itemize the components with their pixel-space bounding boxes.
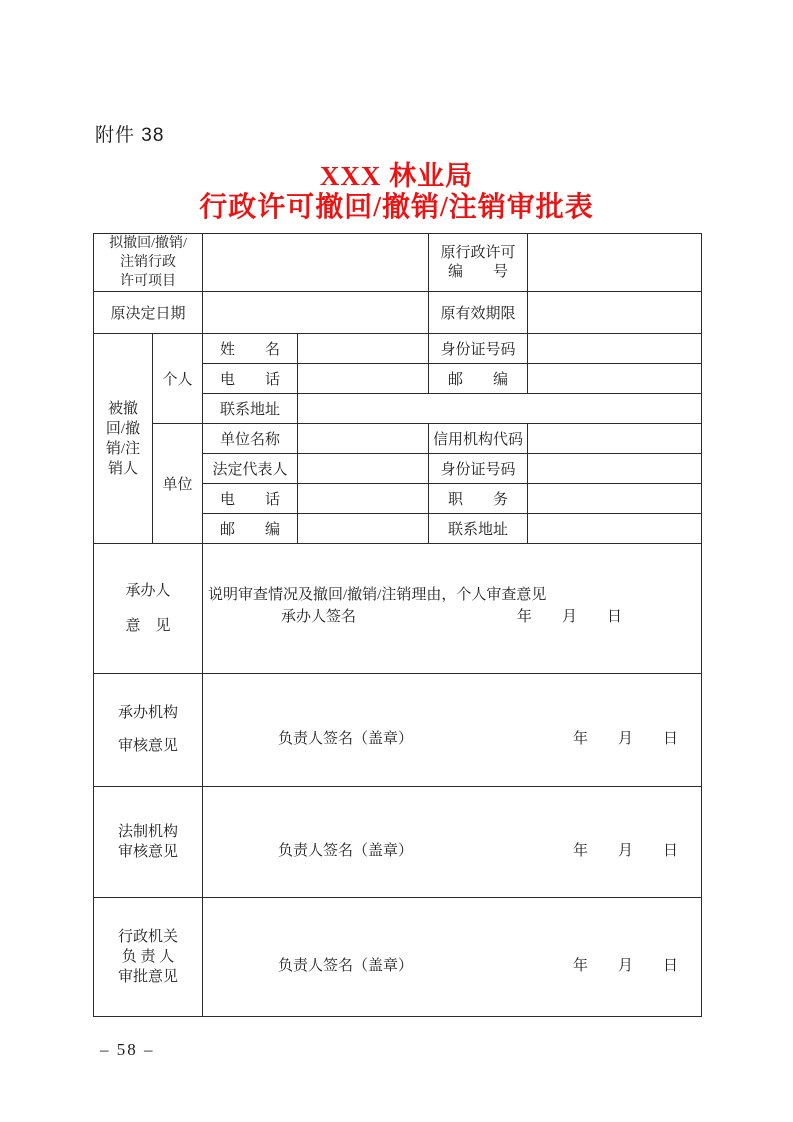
value-original-license-no — [528, 234, 702, 292]
page-number: – 58 – — [100, 1040, 155, 1060]
label-person-postcode: 邮 编 — [429, 364, 528, 394]
label-party-group: 被撤 回/撤 销/注 销人 — [94, 334, 153, 544]
row-decision-date: 原决定日期 原有效期限 — [94, 292, 702, 334]
approval-form-table: 拟撤回/撤销/ 注销行政 许可项目 原行政许可 编 号 原决定日期 原有效期限 … — [93, 233, 702, 1017]
value-person-address — [298, 394, 702, 424]
label-legal-review: 法制机构 审核意见 — [94, 787, 203, 898]
attachment-number: 附件 38 — [95, 120, 164, 147]
label-agency-review: 承办机构 审核意见 — [94, 674, 203, 787]
label-unit-group: 单位 — [153, 424, 203, 544]
value-original-validity — [528, 292, 702, 334]
row-handler-opinion: 承办人 意 见 说明审查情况及撤回/撤销/注销理由，个人审查意见 承办人签名 年… — [94, 544, 702, 674]
value-unit-name — [298, 424, 429, 454]
label-unit-position: 职 务 — [429, 484, 528, 514]
label-unit-postcode: 邮 编 — [203, 514, 298, 544]
value-unit-position — [528, 484, 702, 514]
value-unit-postcode — [298, 514, 429, 544]
head-date-label: 年 月 日 — [573, 954, 678, 975]
agency-date-label: 年 月 日 — [573, 727, 678, 748]
cell-legal-review: 负责人签名（盖章） 年 月 日 — [203, 787, 702, 898]
label-original-license-no: 原行政许可 编 号 — [429, 234, 528, 292]
value-person-phone — [298, 364, 429, 394]
label-legal-representative: 法定代表人 — [203, 454, 298, 484]
cell-head-approval: 负责人签名（盖章） 年 月 日 — [203, 898, 702, 1017]
agency-signature-row: 负责人签名（盖章） 年 月 日 — [278, 727, 678, 748]
head-signature-row: 负责人签名（盖章） 年 月 日 — [278, 954, 678, 975]
label-person-name: 姓 名 — [203, 334, 298, 364]
label-license-item: 拟撤回/撤销/ 注销行政 许可项目 — [94, 234, 203, 292]
cell-handler-opinion: 说明审查情况及撤回/撤销/注销理由，个人审查意见 承办人签名 年 月 日 — [203, 544, 702, 674]
value-original-decision-date — [203, 292, 429, 334]
label-handler-opinion: 承办人 意 见 — [94, 544, 203, 674]
label-person-id-number: 身份证号码 — [429, 334, 528, 364]
label-credit-code: 信用机构代码 — [429, 424, 528, 454]
value-person-id-number — [528, 334, 702, 364]
label-person-address: 联系地址 — [203, 394, 298, 424]
handler-opinion-note: 说明审查情况及撤回/撤销/注销理由，个人审查意见 — [203, 585, 701, 605]
head-approval-note — [203, 934, 701, 954]
handler-date-label: 年 月 日 — [517, 605, 622, 626]
label-unit-address: 联系地址 — [429, 514, 528, 544]
value-credit-code — [528, 424, 702, 454]
value-unit-address — [528, 514, 702, 544]
label-head-approval: 行政机关 负 责 人 审批意见 — [94, 898, 203, 1017]
legal-signature-row: 负责人签名（盖章） 年 月 日 — [278, 839, 678, 860]
label-unit-phone: 电 话 — [203, 484, 298, 514]
label-person-phone: 电 话 — [203, 364, 298, 394]
row-agency-review: 承办机构 审核意见 负责人签名（盖章） 年 月 日 — [94, 674, 702, 787]
value-person-postcode — [528, 364, 702, 394]
head-sign-label: 负责人签名（盖章） — [278, 954, 413, 975]
legal-review-note — [203, 819, 701, 839]
label-unit-id-number: 身份证号码 — [429, 454, 528, 484]
value-license-item — [203, 234, 429, 292]
value-legal-representative — [298, 454, 429, 484]
label-unit-name: 单位名称 — [203, 424, 298, 454]
row-head-approval: 行政机关 负 责 人 审批意见 负责人签名（盖章） 年 月 日 — [94, 898, 702, 1017]
legal-sign-label: 负责人签名（盖章） — [278, 839, 413, 860]
label-original-validity: 原有效期限 — [429, 292, 528, 334]
legal-date-label: 年 月 日 — [573, 839, 678, 860]
handler-sign-label: 承办人签名 — [281, 605, 356, 626]
row-license-item: 拟撤回/撤销/ 注销行政 许可项目 原行政许可 编 号 — [94, 234, 702, 292]
agency-sign-label: 负责人签名（盖章） — [278, 727, 413, 748]
row-unit-name: 单位 单位名称 信用机构代码 — [94, 424, 702, 454]
title-form-name: 行政许可撤回/撤销/注销审批表 — [0, 192, 793, 224]
title-agency: XXX 林业局 — [0, 160, 793, 192]
label-original-decision-date: 原决定日期 — [94, 292, 203, 334]
document-title: XXX 林业局 行政许可撤回/撤销/注销审批表 — [0, 160, 793, 224]
document-page: 附件 38 XXX 林业局 行政许可撤回/撤销/注销审批表 拟撤回/撤销/ 注销… — [0, 0, 793, 1122]
value-unit-phone — [298, 484, 429, 514]
agency-review-note — [203, 707, 701, 727]
label-person-group: 个人 — [153, 334, 203, 424]
cell-agency-review: 负责人签名（盖章） 年 月 日 — [203, 674, 702, 787]
row-legal-review: 法制机构 审核意见 负责人签名（盖章） 年 月 日 — [94, 787, 702, 898]
handler-signature-row: 承办人签名 年 月 日 — [281, 605, 622, 626]
row-person-name: 被撤 回/撤 销/注 销人 个人 姓 名 身份证号码 — [94, 334, 702, 364]
value-unit-id-number — [528, 454, 702, 484]
value-person-name — [298, 334, 429, 364]
